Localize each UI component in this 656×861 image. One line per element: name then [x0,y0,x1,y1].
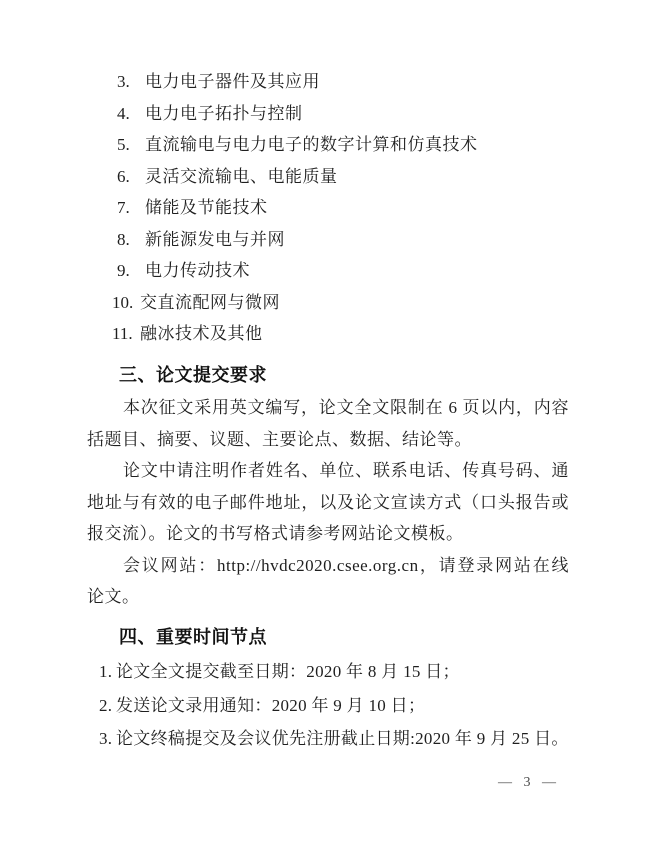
topic-item: 9. 电力传动技术 [117,255,587,287]
topic-item: 11. 融冰技术及其他 [112,318,587,350]
topic-item: 7. 储能及节能技术 [117,192,587,224]
deadline-number: 3. [99,722,116,756]
deadline-number: 1. [99,655,116,689]
topic-number: 5. [117,129,145,161]
document-page: 3. 电力电子器件及其应用 4. 电力电子拓扑与控制 5. 直流输电与电力电子的… [0,0,656,861]
topic-item: 10. 交直流配网与微网 [112,287,587,319]
paragraph-line: 论文。 [87,581,569,613]
deadline-item: 1. 论文全文提交截至日期：2020 年 8 月 15 日； [99,655,579,689]
topic-label: 电力电子拓扑与控制 [145,98,303,130]
paragraph-line: 报交流）。论文的书写格式请参考网站论文模板。 [87,518,569,550]
topic-label: 融冰技术及其他 [140,318,263,350]
deadline-label: 发送论文录用通知：2020 年 9 月 10 日； [116,689,425,723]
paragraph-line: 地址与有效的电子邮件地址，以及论文宣读方式（口头报告或墙 [87,487,569,519]
deadline-label: 论文全文提交截至日期：2020 年 8 月 15 日； [116,655,460,689]
section-heading-important-dates: 四、重要时间节点 [119,622,267,653]
topic-number: 7. [117,192,145,224]
topic-number: 6. [117,161,145,193]
topic-number: 3. [117,66,145,98]
deadline-item: 2. 发送论文录用通知：2020 年 9 月 10 日； [99,689,579,723]
deadline-label: 论文终稿提交及会议优先注册截止日期:2020 年 9 月 25 日。 [116,722,569,756]
conference-url: http://hvdc2020.csee.org.cn [217,556,419,575]
page-number: — 3 — [498,775,560,791]
topic-item: 5. 直流输电与电力电子的数字计算和仿真技术 [117,129,587,161]
deadline-item: 3. 论文终稿提交及会议优先注册截止日期:2020 年 9 月 25 日。 [99,722,579,756]
website-label: 会议网站： [123,556,217,575]
paragraph-line: 会议网站：http://hvdc2020.csee.org.cn，请登录网站在线… [87,550,569,582]
topic-label: 储能及节能技术 [145,192,268,224]
topic-number: 9. [117,255,145,287]
topic-item: 4. 电力电子拓扑与控制 [117,98,587,130]
topic-number: 4. [117,98,145,130]
topic-list: 3. 电力电子器件及其应用 4. 电力电子拓扑与控制 5. 直流输电与电力电子的… [117,66,587,350]
deadline-number: 2. [99,689,116,723]
topic-number: 10. [112,287,140,319]
topic-label: 电力电子器件及其应用 [145,66,320,98]
topic-number: 8. [117,224,145,256]
topic-label: 灵活交流输电、电能质量 [145,161,338,193]
submission-body: 本次征文采用英文编写，论文全文限制在 6 页以内，内容包 括题目、摘要、议题、主… [87,392,569,613]
topic-label: 电力传动技术 [145,255,250,287]
topic-label: 新能源发电与并网 [145,224,285,256]
topic-number: 11. [112,318,140,350]
paragraph-line: 括题目、摘要、议题、主要论点、数据、结论等。 [87,424,569,456]
topic-item: 6. 灵活交流输电、电能质量 [117,161,587,193]
topic-label: 交直流配网与微网 [140,287,280,319]
paragraph-line: 本次征文采用英文编写，论文全文限制在 6 页以内，内容包 [87,392,569,424]
section-heading-submission-requirements: 三、论文提交要求 [119,360,267,391]
topic-label: 直流输电与电力电子的数字计算和仿真技术 [145,129,478,161]
paragraph-line: 论文中请注明作者姓名、单位、联系电话、传真号码、通信 [87,455,569,487]
topic-item: 3. 电力电子器件及其应用 [117,66,587,98]
deadline-list: 1. 论文全文提交截至日期：2020 年 8 月 15 日； 2. 发送论文录用… [99,655,579,756]
topic-item: 8. 新能源发电与并网 [117,224,587,256]
